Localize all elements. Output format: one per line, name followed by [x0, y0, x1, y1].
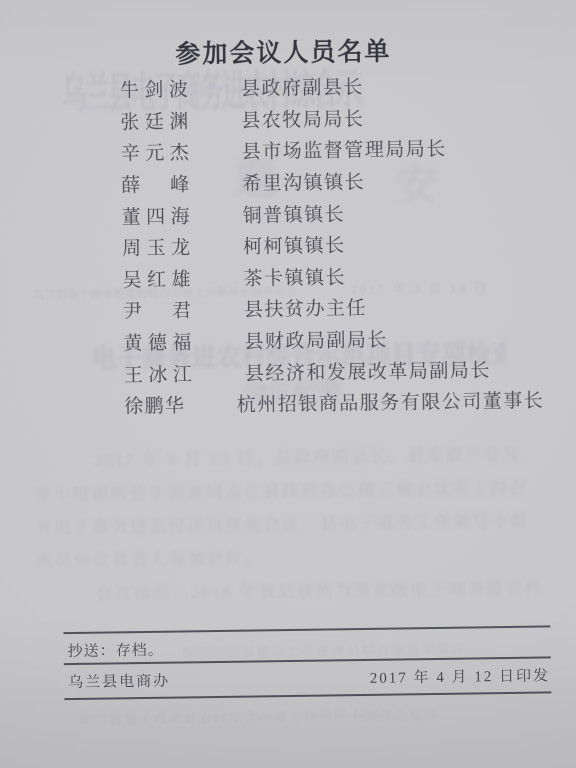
attendee-title: 县农牧局局长	[241, 104, 364, 133]
attendee-name: 牛剑波	[120, 75, 188, 103]
bleedthrough-body-line: 会议指出：2016 年我县被列为国家级电子商务进农村	[96, 573, 548, 604]
footer-divider-bottom	[64, 691, 551, 700]
bleedthrough-bottom-line: 乌兰县电子商务进农村综合示范工作领导小组办公室印	[79, 702, 547, 728]
attendee-title: 铜普镇镇长	[242, 199, 345, 227]
attendee-name: 吴红雄	[122, 264, 190, 292]
attendee-name: 董四海	[121, 201, 189, 229]
attendee-name: 张廷渊	[120, 106, 188, 134]
attendee-title: 县市场监督管理局局长	[242, 134, 447, 164]
attendee-title: 希里沟镇镇长	[242, 167, 365, 196]
attendee-title: 杭州招银商品服务有限公司董事长	[237, 386, 545, 417]
attendee-name: 薛峰	[121, 169, 189, 197]
print-date: 2017 年 4 月 12 日印发	[4, 664, 550, 693]
bleedthrough-body-line: 开电子商务进农村项目推进会议，县电子商务工作领导小组	[35, 506, 543, 538]
attendee-title: 县经济和发展改革局副局长	[245, 355, 491, 385]
bleedthrough-body-line: 成员单位负责人参加会议。	[35, 543, 265, 571]
page-title: 参加会议人员名单	[0, 29, 572, 73]
attendee-name: 徐鹏华	[124, 391, 184, 419]
bleedthrough-body-line: 2017 年 3 月 13 日，县政府副县长、县电商产业发展领	[94, 440, 524, 471]
attendee-title: 县政府副县长	[241, 72, 364, 101]
attendee-title: 柯柯镇镇长	[243, 230, 346, 258]
attendee-name: 尹君	[123, 296, 191, 324]
attendee-list: 牛剑波 县政府副县长 张廷渊 县农牧局局长 辛元杰 县市场监督管理局局长 薛峰 …	[120, 67, 545, 420]
paper-photo-background: 乌兰县电子商务进农村综合示范工作领导小组办公室 题 安 乌兰县电子商务进农村综合…	[0, 0, 576, 768]
attendee-title: 茶卡镇镇长	[243, 262, 346, 290]
attendee-name: 周玉龙	[122, 233, 190, 261]
attendee-title: 县财政局副局长	[244, 325, 388, 354]
attendee-name: 黄德福	[123, 327, 191, 355]
attendee-name: 辛元杰	[121, 138, 189, 166]
document-page: 乌兰县电子商务进农村综合示范工作领导小组办公室 题 安 乌兰县电子商务进农村综合…	[0, 0, 576, 768]
attendee-title: 县扶贫办主任	[244, 293, 367, 322]
attendee-name: 王冰江	[124, 359, 192, 387]
bleedthrough-body-line: 导小组副组长牛剑波同志在县政府办公楼三楼会议室主持召	[34, 473, 542, 505]
copy-to-line: 抄送：存档。	[68, 639, 164, 661]
attendee-row: 徐鹏华 杭州招银商品服务有限公司董事长	[124, 383, 544, 420]
footer-divider-top	[63, 625, 550, 634]
